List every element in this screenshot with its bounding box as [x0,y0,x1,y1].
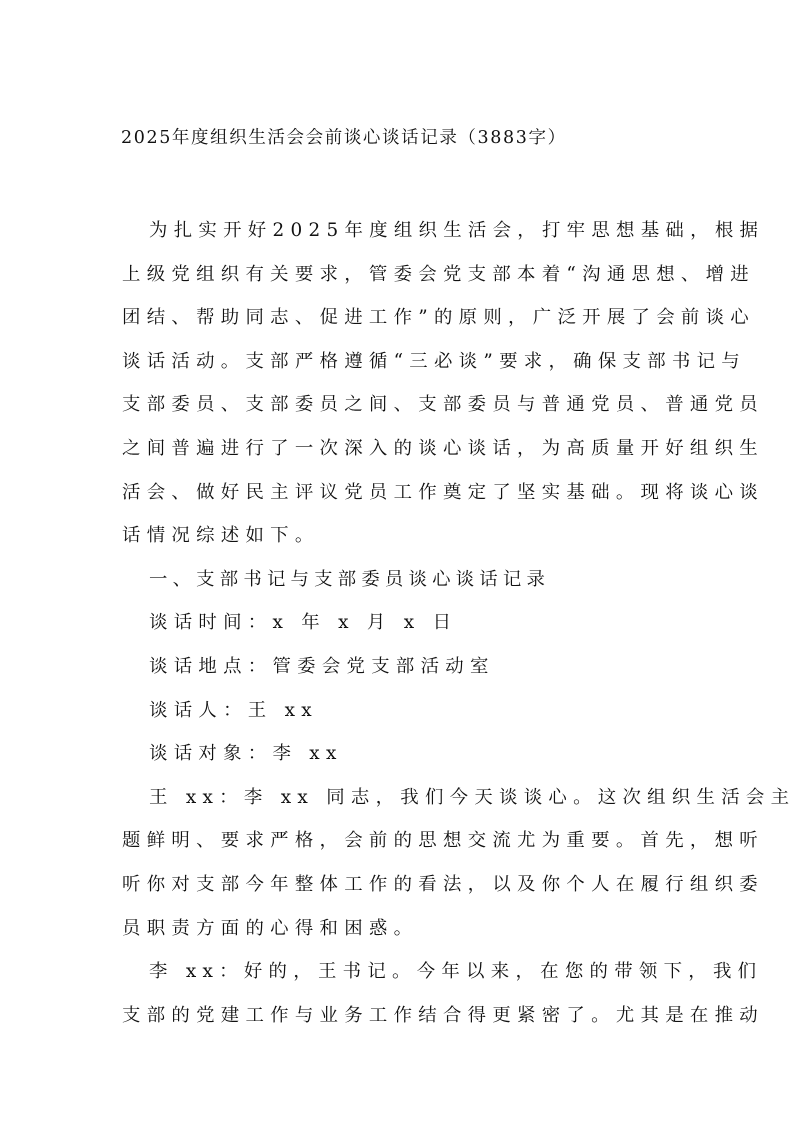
text-line: 为扎实开好2025年度组织生活会，打牢思想基础，根据 [122,218,674,262]
text-line: 王 xx：李 xx 同志，我们今天谈谈心。这次组织生活会主 [122,785,674,829]
text-line: 之间普遍进行了一次深入的谈心谈话，为高质量开好组织生 [122,436,674,480]
text-line: 李 xx：好的，王书记。今年以来，在您的带领下，我们 [122,959,674,1003]
text-line: 支部的党建工作与业务工作结合得更紧密了。尤其是在推动 [122,1003,674,1047]
text-line: 题鲜明、要求严格，会前的思想交流尤为重要。首先，想听 [122,828,674,872]
text-line: 活会、做好民主评议党员工作奠定了坚实基础。现将谈心谈 [122,480,674,524]
text-line: 上级党组织有关要求，管委会党支部本着“沟通思想、增进 [122,262,674,306]
text-line: 谈话地点：管委会党支部活动室 [122,654,674,698]
text-line: 话情况综述如下。 [122,523,674,567]
document-page: 2025年度组织生活会会前谈心谈话记录（3883字） 为扎实开好2025年度组织… [0,0,793,1122]
text-line: 支部委员、支部委员之间、支部委员与普通党员、普通党员 [122,392,674,436]
text-line: 谈话活动。支部严格遵循“三必谈”要求，确保支部书记与 [122,349,674,393]
document-title: 2025年度组织生活会会前谈心谈话记录（3883字） [121,124,567,149]
text-line: 团结、帮助同志、促进工作”的原则，广泛开展了会前谈心 [122,305,674,349]
text-line: 谈话时间：x 年 x 月 x 日 [122,610,674,654]
text-line: 员职责方面的心得和困惑。 [122,916,674,960]
text-line: 谈话人：王 xx [122,698,674,742]
text-line: 谈话对象：李 xx [122,741,674,785]
section-heading: 一、支部书记与支部委员谈心谈话记录 [122,567,674,611]
text-line: 听你对支部今年整体工作的看法，以及你个人在履行组织委 [122,872,674,916]
document-body: 为扎实开好2025年度组织生活会，打牢思想基础，根据上级党组织有关要求，管委会党… [122,218,674,1046]
